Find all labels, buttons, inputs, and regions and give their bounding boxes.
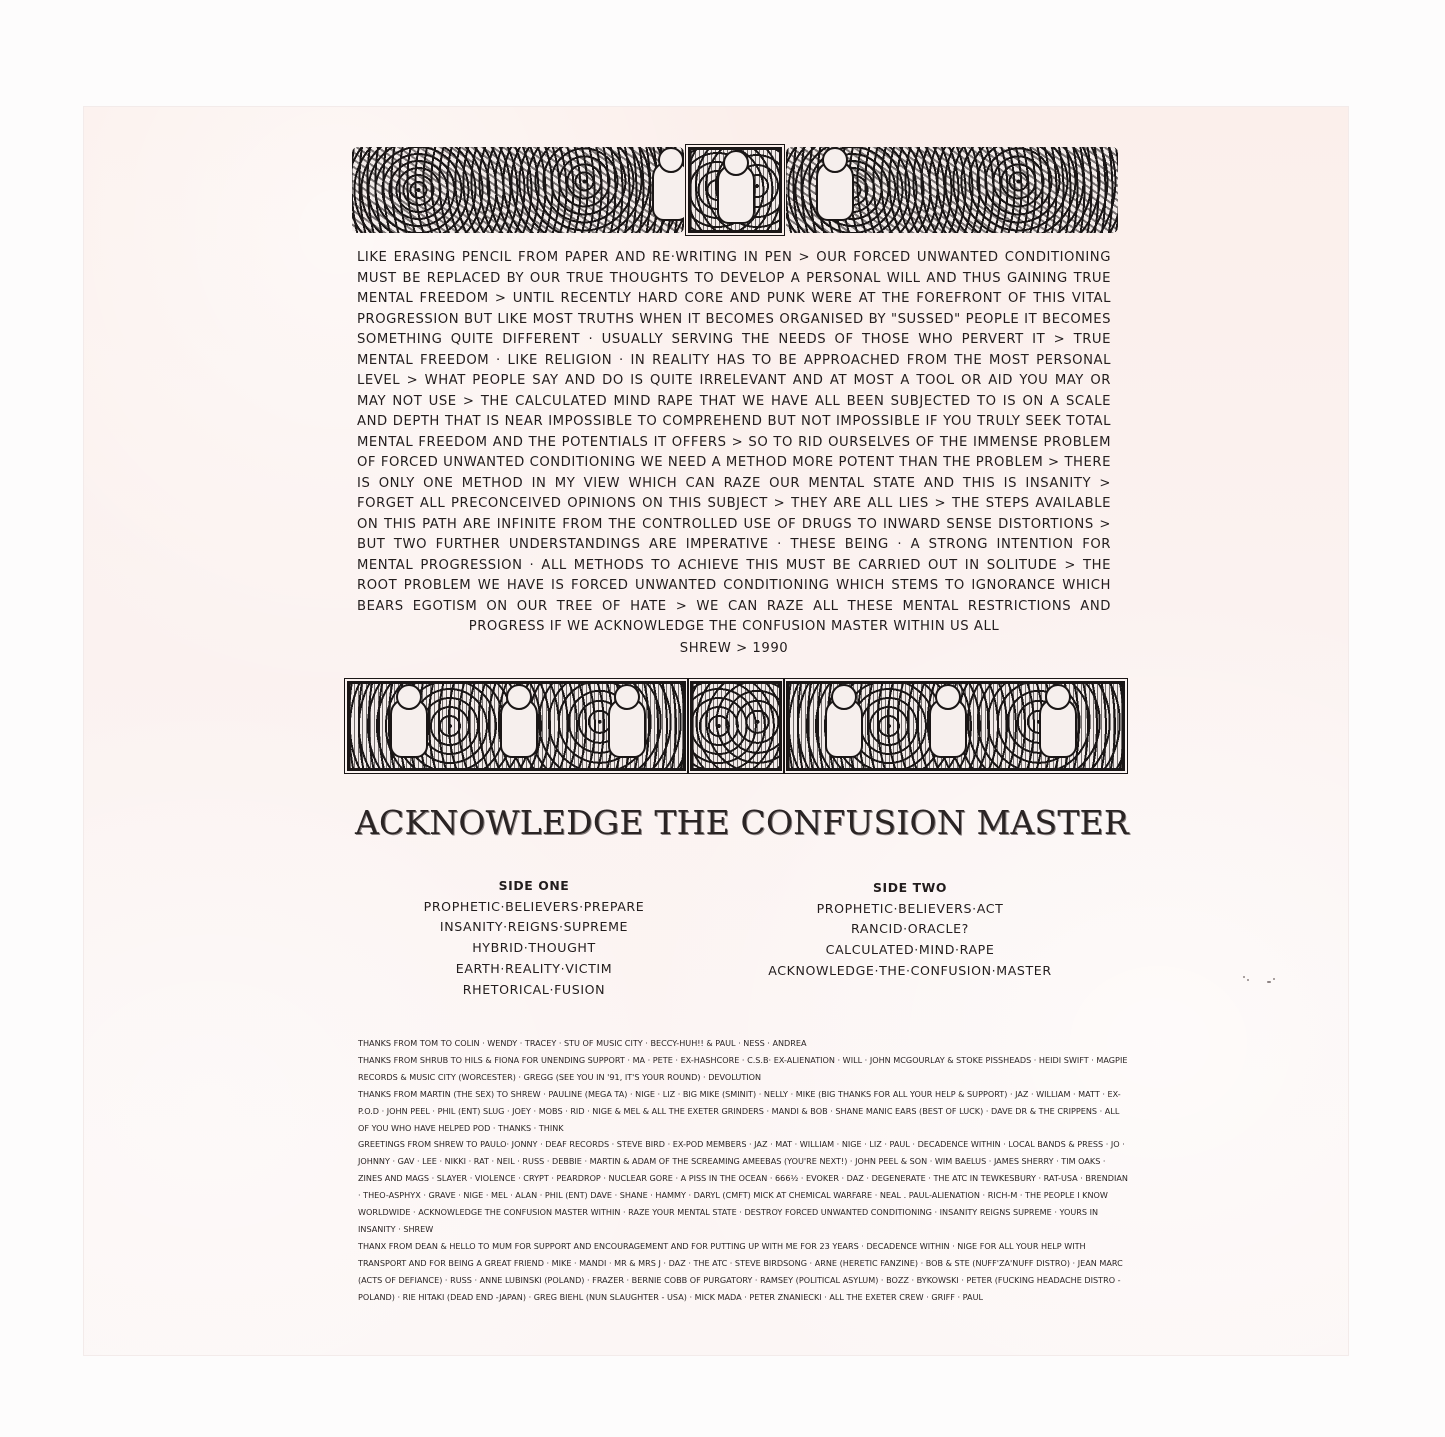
cherub-icon [390, 698, 428, 758]
cherub-icon [717, 164, 755, 224]
track: CALCULATED·MIND·RAPE [745, 940, 1075, 961]
thanks-paragraph: GREETINGS FROM SHREW TO PAULO· JONNY · D… [358, 1136, 1128, 1237]
manifesto-body: LIKE ERASING PENCIL FROM PAPER AND RE·WR… [357, 248, 1111, 638]
track: RANCID·ORACLE? [745, 919, 1075, 940]
thanks-paragraph: THANKS FROM MARTIN (THE SEX) TO SHREW · … [358, 1086, 1128, 1137]
side-two-tracklist: SIDE TWO PROPHETIC·BELIEVERS·ACT RANCID·… [745, 878, 1075, 982]
thanks-paragraph: THANKS FROM SHRUB TO HILS & FIONA FOR UN… [358, 1052, 1128, 1086]
cherub-frieze-ornament-icon [347, 681, 1125, 771]
cherub-icon [608, 698, 646, 758]
frieze-panel-right [786, 681, 1125, 771]
track: HYBRID·THOUGHT [404, 938, 664, 959]
album-title: ACKNOWLEDGE THE CONFUSION MASTER [355, 803, 1115, 842]
cherub-icon [1039, 698, 1077, 758]
cherub-icon [652, 161, 684, 221]
cherub-icon [500, 698, 538, 758]
track: PROPHETIC·BELIEVERS·ACT [745, 899, 1075, 920]
frieze-panel-center [690, 681, 782, 771]
cherub-icon [929, 698, 967, 758]
track: ACKNOWLEDGE·THE·CONFUSION·MASTER [745, 961, 1075, 982]
track: EARTH·REALITY·VICTIM [404, 959, 664, 980]
track: INSANITY·REIGNS·SUPREME [404, 917, 664, 938]
side-one-tracklist: SIDE ONE PROPHETIC·BELIEVERS·PREPARE INS… [404, 876, 664, 1000]
thanks-paragraph: THANKS FROM TOM TO COLIN · WENDY · TRACE… [358, 1035, 1128, 1052]
side-one-heading: SIDE ONE [404, 876, 664, 897]
cherub-panel-center [688, 147, 782, 233]
frieze-panel-left [347, 681, 686, 771]
dust-specks [1243, 976, 1283, 986]
cherub-icon [825, 698, 863, 758]
track: PROPHETIC·BELIEVERS·PREPARE [404, 897, 664, 918]
thanks-paragraph: THANX FROM DEAN & HELLO TO MUM FOR SUPPO… [358, 1238, 1128, 1306]
manifesto-text: LIKE ERASING PENCIL FROM PAPER AND RE·WR… [357, 248, 1111, 659]
thanks-list: THANKS FROM TOM TO COLIN · WENDY · TRACE… [358, 1035, 1128, 1306]
track: RHETORICAL·FUSION [404, 980, 664, 1001]
side-two-heading: SIDE TWO [745, 878, 1075, 899]
cherub-icon [816, 161, 854, 221]
floral-scroll-ornament-icon [352, 147, 1118, 233]
scroll-panel-right [786, 147, 1118, 233]
scroll-panel-left [352, 147, 684, 233]
manifesto-signature: SHREW > 1990 [357, 639, 1111, 660]
